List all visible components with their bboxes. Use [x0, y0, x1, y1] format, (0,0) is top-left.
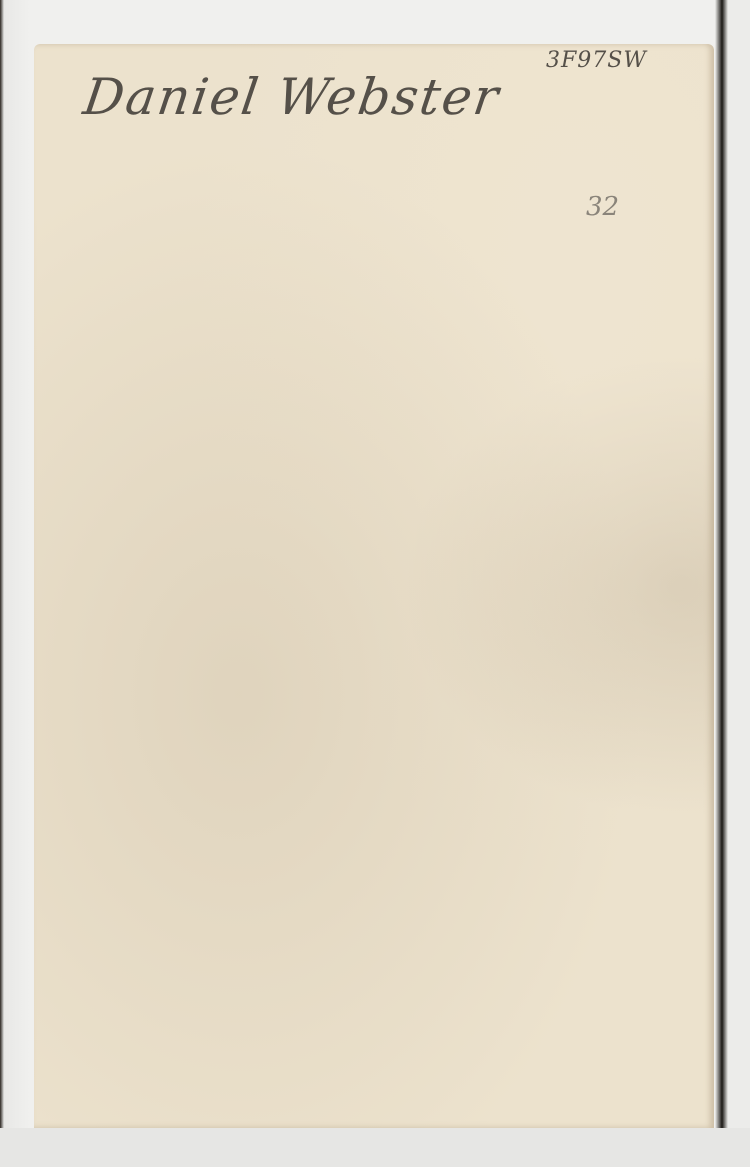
handwritten-name: Daniel Webster	[80, 68, 504, 126]
card-back: Daniel Webster 3F97SW 32	[34, 44, 714, 1128]
page-number: 32	[586, 192, 619, 222]
catalog-code: 3F97SW	[546, 48, 647, 73]
scanner-bottom-edge	[0, 1128, 750, 1167]
